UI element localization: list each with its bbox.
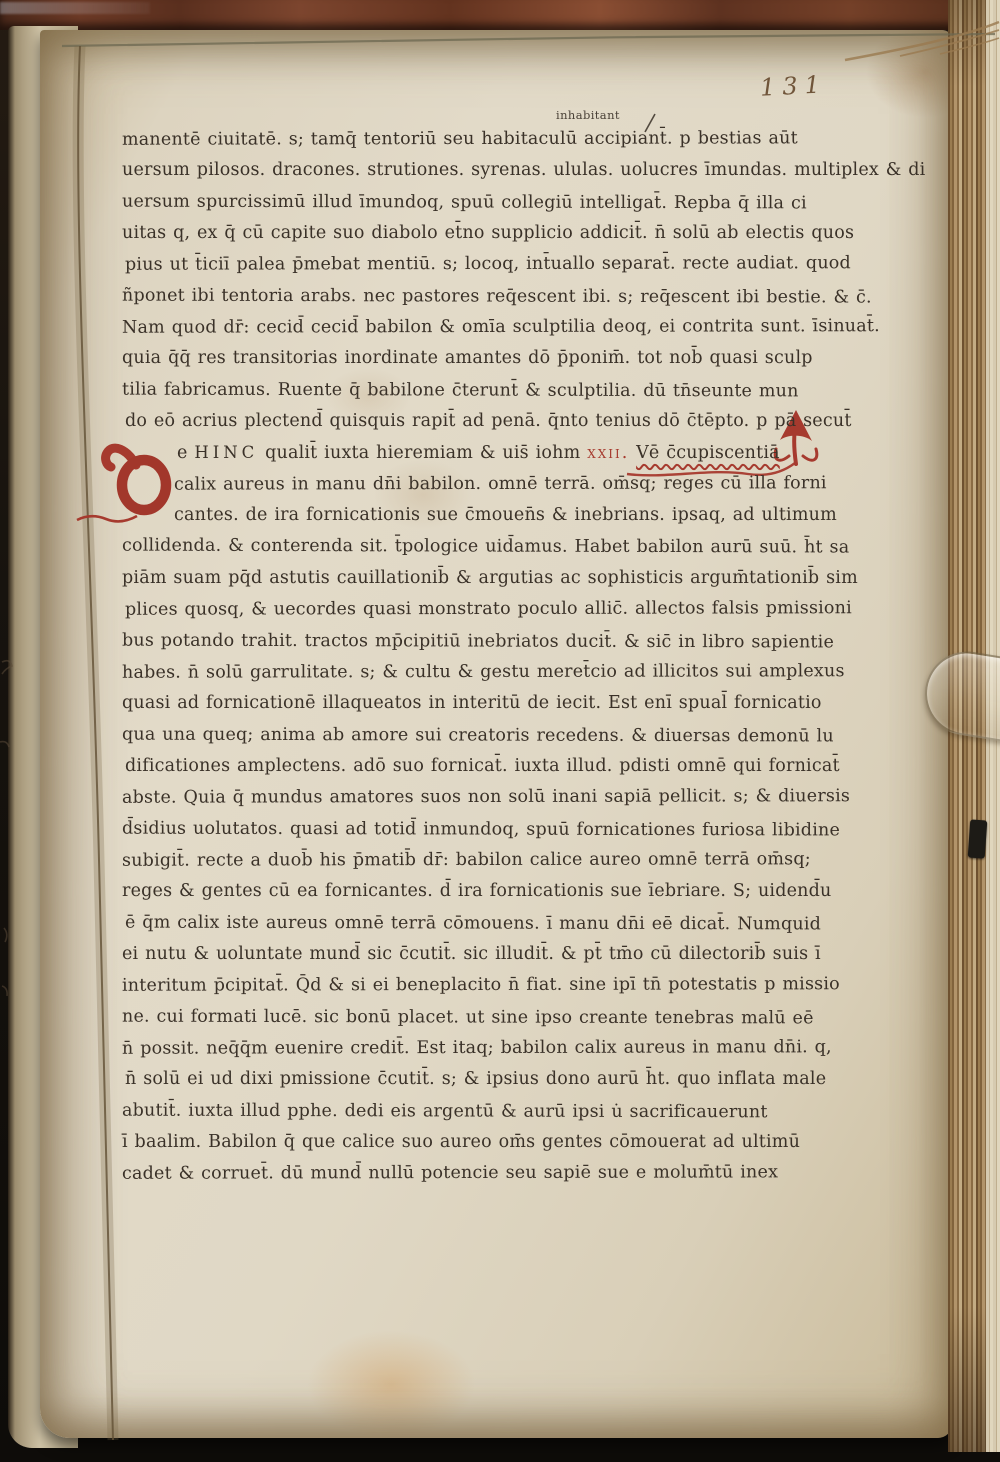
manuscript-line: collidenda. & conterenda sit. t̄pologice… [122, 531, 822, 564]
manuscript-line: quasi ad fornicationē illaqueatos in int… [122, 688, 822, 719]
manuscript-photo: 131 inhabitant manentē ciuitatē. s; tamq… [0, 0, 1000, 1462]
manuscript-line: calix aureus in manu dn̄i babilon. omnē … [122, 468, 822, 501]
interlinear-gloss: inhabitant [556, 108, 620, 122]
fore-edge-black-tab [968, 819, 988, 858]
manuscript-line: uersum spurcissimū illud īmundoq, spuū c… [122, 186, 822, 219]
manuscript-line: do eō acrius plectend̄ quisquis rapit̄ a… [125, 406, 822, 437]
manuscript-line: plices quosq, & uecordes quasi monstrato… [125, 593, 822, 626]
text-lines-lower: calix aureus in manu dn̄i babilon. omnē … [122, 469, 822, 1190]
manuscript-line: qua una queq; anima ab amore sui creator… [122, 719, 822, 752]
binding-faint-marks [0, 2, 150, 14]
manuscript-line: d̄sidius uolutatos. quasi ad totid̄ inmu… [122, 813, 822, 846]
manuscript-line: dificationes amplectens. adō suo fornica… [125, 751, 822, 782]
manuscript-line: subigit̄. recte a duob̄ his p̄matib̄ dr̄… [122, 844, 822, 877]
manuscript-line: ē q̄m calix iste aureus omnē terrā cōmou… [125, 907, 822, 940]
manuscript-line: cantes. de ira fornicationis sue c̄mouen… [122, 500, 822, 531]
rubric-pre1: e [177, 443, 194, 463]
text-lines-upper: manentē ciuitatē. s; tamq̄ tentoriū seu … [122, 124, 822, 437]
manuscript-line: bus potando trahit. tractos mp̄cipitiū i… [122, 625, 822, 658]
manuscript-line: abutit̄. iuxta illud pphe. dedi eis arge… [122, 1095, 822, 1128]
manuscript-line: reges & gentes cū ea fornicantes. d̄ ira… [122, 876, 822, 907]
rubric-display-caps: HINC [194, 443, 258, 462]
rubric-chapter-title: Vē c̄cupiscentiā [636, 443, 780, 463]
manuscript-line: Nam quod dr̄: cecid̄ cecid̄ babilon & om… [122, 311, 822, 344]
manuscript-line: ī baalim. Babilon q̄ que calice suo aure… [122, 1127, 822, 1158]
manuscript-line: ei nutu & uoluntate mund̄ sic c̄cutit̄. … [122, 939, 822, 970]
manuscript-line: quia q̄q̄ res transitorias inordinate am… [122, 343, 822, 374]
manuscript-line: interitum p̄cipitat̄. Q̄d & si ei benepl… [122, 970, 822, 1003]
manuscript-line: uersum pilosos. dracones. strutiones. sy… [122, 155, 822, 186]
manuscript-line: pius ut t̄iciī palea p̄mebat mentiū. s; … [125, 249, 822, 282]
manuscript-line: ñponet ibi tentoria arabs. nec pastores … [122, 280, 822, 313]
rubric-chapter-number: xxii. [587, 443, 629, 463]
folio-number: 131 [759, 70, 827, 101]
manuscript-line: piām suam pq̄d astutis cauillationib̄ & … [122, 563, 822, 594]
manuscript-line: ne. cui formati lucē. sic bonū placet. u… [122, 1001, 822, 1034]
manuscript-line: cadet & corruet̄. dū mund̄ nullū potenci… [122, 1158, 822, 1191]
manuscript-line: abste. Quia q̄ mundus amatores suos non … [122, 781, 822, 814]
text-block: manentē ciuitatē. s; tamq̄ tentoriū seu … [122, 124, 822, 1190]
manuscript-line: n̄ solū ei ud dixi pmissione c̄cutit̄. s… [125, 1064, 822, 1095]
manuscript-line: n̄ possit. neq̄q̄m euenire credit̄. Est … [122, 1032, 822, 1065]
rubric-pre2: qualit̄ iuxta hieremiam & uis̄ iohm [258, 443, 587, 463]
manuscript-line: tilia fabricamus. Ruente q̄ babilone c̄t… [122, 374, 822, 407]
manuscript-line: manentē ciuitatē. s; tamq̄ tentoriū seu … [122, 123, 822, 156]
manuscript-line: habes. n̄ solū garrulitate. s; & cultu &… [122, 656, 822, 689]
rubric-line: e HINC qualit̄ iuxta hieremiam & uis̄ io… [122, 437, 822, 468]
book-binding-top-edge [0, 0, 1000, 30]
manuscript-line: uitas q, ex q̄ cū capite suo diabolo et̄… [122, 218, 822, 249]
